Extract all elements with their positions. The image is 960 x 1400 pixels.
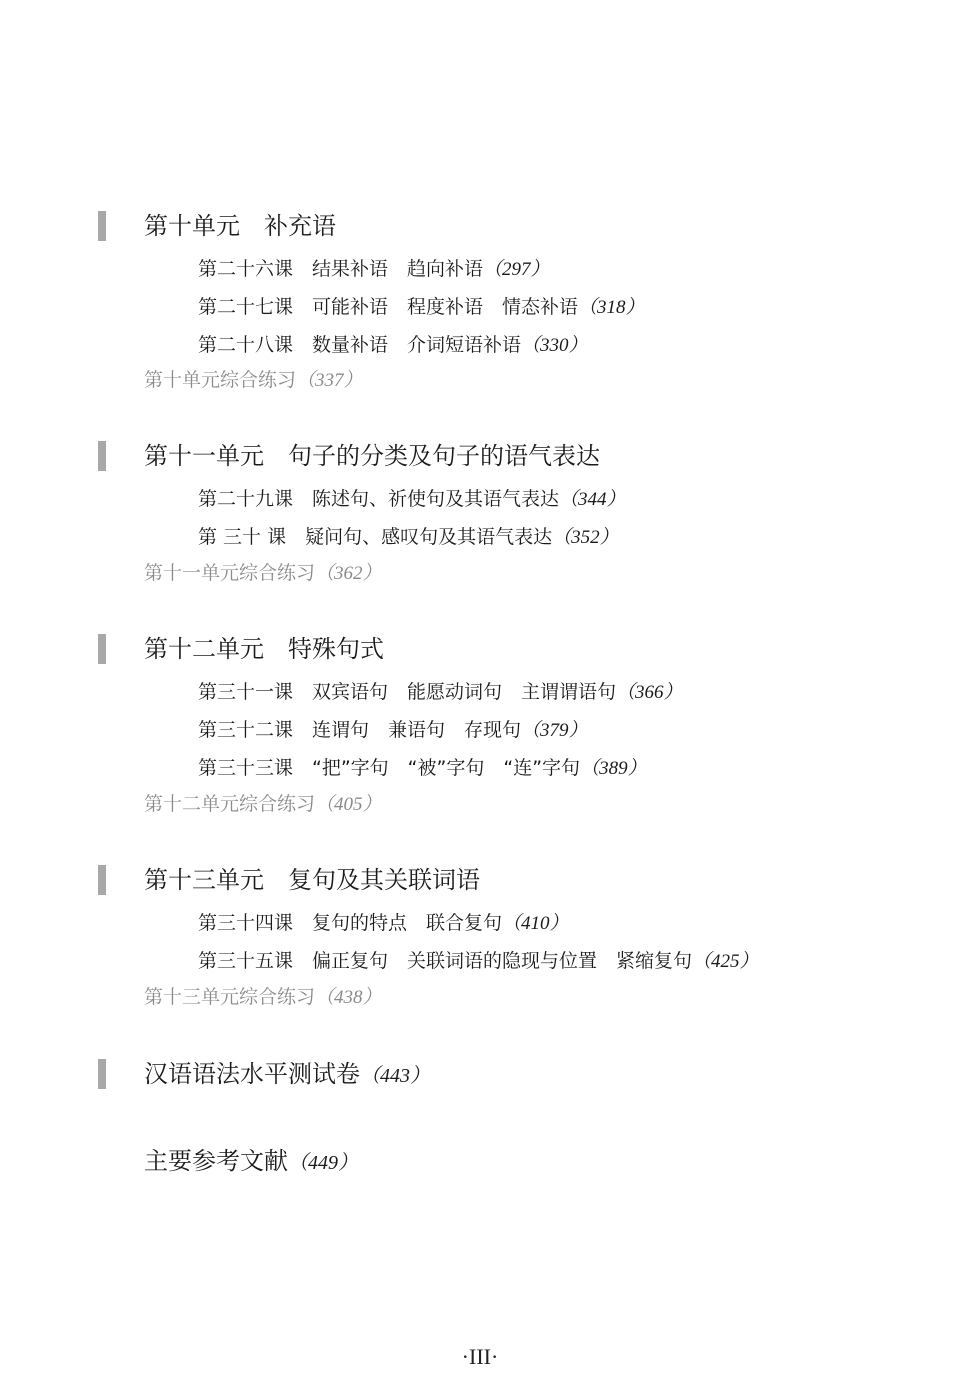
- unit-marker-bar: [98, 634, 106, 664]
- page-ref: （344）: [559, 489, 626, 510]
- toc-lesson[interactable]: 第三十一课 双宾语句 能愿动词句 主谓谓语句（366）: [198, 679, 683, 706]
- exercise-label: 第十一单元综合练习: [144, 562, 315, 584]
- unit-title: 第十二单元 特殊句式: [144, 634, 384, 664]
- page-ref: （366）: [616, 682, 683, 703]
- page-ref: （405）: [315, 794, 382, 815]
- page-number: ·III·: [0, 1344, 960, 1370]
- unit-marker-bar: [98, 211, 106, 241]
- toc-lesson[interactable]: 第三十二课 连谓句 兼语句 存现句（379）: [198, 717, 588, 744]
- page-ref: （425）: [692, 951, 759, 972]
- page-ref: （438）: [315, 987, 382, 1008]
- unit-marker-bar: [98, 865, 106, 895]
- lesson-label: 第二十九课 陈述句、祈使句及其语气表达: [198, 488, 559, 510]
- unit-title: 第十一单元 句子的分类及句子的语气表达: [144, 441, 600, 471]
- lesson-label: 第二十六课 结果补语 趋向补语: [198, 258, 483, 280]
- toc-lesson[interactable]: 第三十三课 “把”字句 “被”字句 “连”字句（389）: [198, 755, 647, 782]
- exercise-label: 第十三单元综合练习: [144, 986, 315, 1008]
- toc-unit-exercise[interactable]: 第十一单元综合练习（362）: [144, 560, 382, 587]
- toc-test[interactable]: 汉语语法水平测试卷（443）: [144, 1059, 430, 1091]
- page-ref: （362）: [315, 563, 382, 584]
- page-ref: （410）: [502, 913, 569, 934]
- page-ref: （337）: [296, 370, 363, 391]
- toc-unit-exercise[interactable]: 第十三单元综合练习（438）: [144, 984, 382, 1011]
- lesson-label: 第三十五课 偏正复句 关联词语的隐现与位置 紧缩复句: [198, 950, 692, 972]
- toc-lesson[interactable]: 第三十四课 复句的特点 联合复句（410）: [198, 910, 569, 937]
- page-ref: （318）: [578, 297, 645, 318]
- lesson-label: 第二十八课 数量补语 介词短语补语: [198, 334, 521, 356]
- references-label: 主要参考文献: [144, 1147, 288, 1175]
- page-ref: （330）: [521, 335, 588, 356]
- toc-lesson[interactable]: 第二十八课 数量补语 介词短语补语（330）: [198, 332, 588, 359]
- lesson-label: 第三十二课 连谓句 兼语句 存现句: [198, 719, 521, 741]
- page-ref: （297）: [483, 259, 550, 280]
- toc-lesson[interactable]: 第 三十 课 疑问句、感叹句及其语气表达（352）: [198, 524, 619, 551]
- lesson-label: 第三十一课 双宾语句 能愿动词句 主谓谓语句: [198, 681, 616, 703]
- exercise-label: 第十单元综合练习: [144, 369, 296, 391]
- unit-title: 第十单元 补充语: [144, 211, 336, 241]
- page-ref: （389）: [580, 758, 647, 779]
- lesson-label: 第二十七课 可能补语 程度补语 情态补语: [198, 296, 578, 318]
- toc-lesson[interactable]: 第三十五课 偏正复句 关联词语的隐现与位置 紧缩复句（425）: [198, 948, 759, 975]
- unit-marker-bar: [98, 1059, 106, 1089]
- toc-lesson[interactable]: 第二十九课 陈述句、祈使句及其语气表达（344）: [198, 486, 626, 513]
- test-label: 汉语语法水平测试卷: [144, 1060, 360, 1088]
- exercise-label: 第十二单元综合练习: [144, 793, 315, 815]
- toc-unit-exercise[interactable]: 第十二单元综合练习（405）: [144, 791, 382, 818]
- page-ref: （449）: [288, 1152, 358, 1174]
- page-ref: （443）: [360, 1065, 430, 1087]
- unit-title: 第十三单元 复句及其关联词语: [144, 865, 480, 895]
- page-ref: （379）: [521, 720, 588, 741]
- unit-marker-bar: [98, 441, 106, 471]
- toc-lesson[interactable]: 第二十七课 可能补语 程度补语 情态补语（318）: [198, 294, 645, 321]
- lesson-label: 第三十三课 “把”字句 “被”字句 “连”字句: [198, 757, 580, 779]
- toc-unit-exercise[interactable]: 第十单元综合练习（337）: [144, 367, 363, 394]
- toc-references[interactable]: 主要参考文献（449）: [144, 1146, 358, 1178]
- lesson-label: 第三十四课 复句的特点 联合复句: [198, 912, 502, 934]
- lesson-label: 第 三十 课 疑问句、感叹句及其语气表达: [198, 526, 552, 548]
- page-ref: （352）: [552, 527, 619, 548]
- toc-lesson[interactable]: 第二十六课 结果补语 趋向补语（297）: [198, 256, 550, 283]
